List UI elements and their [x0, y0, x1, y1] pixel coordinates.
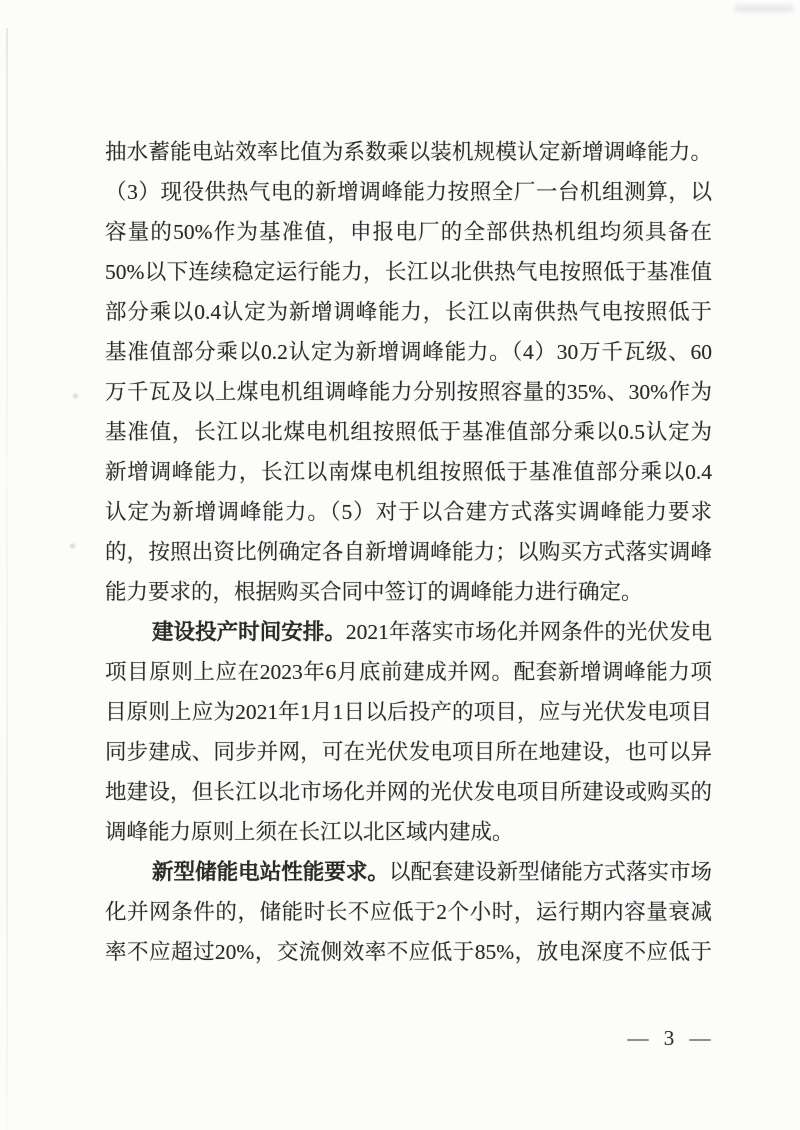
text-line: （3）现役供热气电的新增调峰能力按照全厂一台机组测算，以 — [105, 172, 712, 212]
text-line: 抽水蓄能电站效率比值为系数乘以装机规模认定新增调峰能力。 — [105, 132, 712, 172]
text-line: 建设投产时间安排。2021年落实市场化并网条件的光伏发电 — [105, 612, 712, 652]
text-line: 认定为新增调峰能力。（5）对于以合建方式落实调峰能力要求 — [105, 492, 712, 532]
paragraph-lead: 新型储能电站性能要求。 — [152, 860, 389, 884]
text-line: 地建设，但长江以北市场化并网的光伏发电项目所建设或购买的 — [105, 772, 712, 812]
text-line: 同步建成、同步并网，可在光伏发电项目所在地建设，也可以异 — [105, 732, 712, 772]
scan-artifact-speck — [73, 394, 78, 398]
text-line: 50%以下连续稳定运行能力，长江以北供热气电按照低于基准值 — [105, 252, 712, 292]
scan-artifact-smudge — [735, 5, 793, 12]
document-text: 抽水蓄能电站效率比值为系数乘以装机规模认定新增调峰能力。 （3）现役供热气电的新… — [105, 132, 712, 972]
text-line: 新型储能电站性能要求。以配套建设新型储能方式落实市场 — [105, 852, 712, 892]
text-line: 目原则上应为2021年1月1日以后投产的项目，应与光伏发电项目 — [105, 692, 712, 732]
text-line: 万千瓦及以上煤电机组调峰能力分别按照容量的35%、30%作为 — [105, 372, 712, 412]
scan-artifact-left-edge — [6, 28, 8, 1130]
page: 抽水蓄能电站效率比值为系数乘以装机规模认定新增调峰能力。 （3）现役供热气电的新… — [0, 0, 800, 1130]
text-line: 基准值，长江以北煤电机组按照低于基准值部分乘以0.5认定为 — [105, 412, 712, 452]
text-line: 容量的50%作为基准值，申报电厂的全部供热机组均须具备在 — [105, 212, 712, 252]
text-line: 调峰能力原则上须在长江以北区域内建成。 — [105, 812, 712, 852]
paragraph-lead-rest: 2021年落实市场化并网条件的光伏发电 — [346, 620, 712, 644]
text-line: 化并网条件的，储能时长不应低于2个小时，运行期内容量衰减 — [105, 892, 712, 932]
page-number: — 3 — — [616, 1026, 724, 1051]
text-line: 能力要求的，根据购买合同中签订的调峰能力进行确定。 — [105, 572, 712, 612]
text-line: 部分乘以0.4认定为新增调峰能力，长江以南供热气电按照低于 — [105, 292, 712, 332]
text-line: 的，按照出资比例确定各自新增调峰能力；以购买方式落实调峰 — [105, 532, 712, 572]
text-line: 新增调峰能力，长江以南煤电机组按照低于基准值部分乘以0.4 — [105, 452, 712, 492]
text-line: 基准值部分乘以0.2认定为新增调峰能力。（4）30万千瓦级、60 — [105, 332, 712, 372]
paragraph-lead-rest: 以配套建设新型储能方式落实市场 — [389, 860, 712, 884]
scan-artifact-speck — [70, 544, 75, 548]
paragraph-lead: 建设投产时间安排。 — [152, 620, 346, 644]
text-line: 率不应超过20%，交流侧效率不应低于85%，放电深度不应低于 — [105, 932, 712, 972]
text-line: 项目原则上应在2023年6月底前建成并网。配套新增调峰能力项 — [105, 652, 712, 692]
